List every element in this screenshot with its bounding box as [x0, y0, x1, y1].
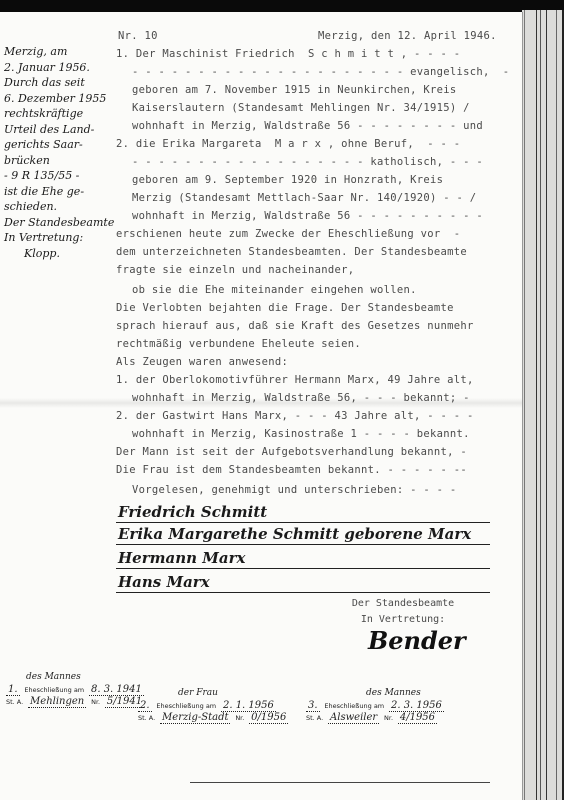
body-line: erschienen heute zum Zwecke der Eheschli… [116, 228, 460, 241]
footnote-nr-label: Nr. [91, 698, 100, 706]
body-line: Vorgelesen, genehmigt und unterschrieben… [132, 484, 456, 497]
signature-witness-1: Hermann Marx [118, 549, 245, 567]
margin-line: Urteil des Land- [4, 122, 109, 138]
body-line: dem unterzeichneten Standesbeamten. Der … [116, 246, 467, 259]
body-line: wohnhaft in Merzig, Waldstraße 56 - - - … [132, 120, 483, 133]
footnote-date: 8. 3. 1941 [89, 684, 144, 696]
body-line: - - - - - - - - - - - - - - - - - - - - … [132, 66, 509, 79]
body-line: fragte sie einzeln und nacheinander, [116, 264, 354, 277]
body-line: 1. der Oberlokomotivführer Hermann Marx,… [116, 374, 474, 387]
body-line: 2. der Gastwirt Hans Marx, - - - 43 Jahr… [116, 410, 474, 423]
margin-line: In Vertretung: [4, 230, 109, 246]
body-line: Merzig (Standesamt Mettlach-Saar Nr. 140… [132, 192, 476, 205]
footnote-office: Alsweiler [328, 712, 379, 724]
margin-line: rechtskräftige [4, 106, 109, 122]
footnote-nr: 0/1956 [249, 712, 288, 724]
footnote-prefix: St. A. [6, 698, 23, 706]
body-line: wohnhaft in Merzig, Waldstraße 56 - - - … [132, 210, 483, 223]
signature-line-witness-2: Hans Marx [116, 570, 490, 593]
body-line: geboren am 7. November 1915 in Neunkirch… [132, 84, 456, 97]
footnote-number: 3. [306, 700, 320, 712]
signature-line-witness-1: Hermann Marx [116, 546, 490, 569]
footnote-text: Eheschließung am [324, 702, 384, 710]
footnote-prefix: St. A. [306, 714, 323, 722]
body-line: wohnhaft in Merzig, Waldstraße 56, - - -… [132, 392, 470, 405]
footnote-1: des Mannes 1. Eheschließung am 8. 3. 194… [6, 684, 144, 708]
margin-line: 6. Dezember 1955 [4, 91, 109, 107]
signature-bride: Erika Margarethe Schmitt geborene Marx [118, 525, 471, 543]
margin-line: gerichts Saar- [4, 137, 109, 153]
footnote-3: des Mannes 3. Eheschließung am 2. 3. 195… [306, 700, 444, 724]
footnote-text: Eheschließung am [156, 702, 216, 710]
body-line: sprach hierauf aus, daß sie Kraft des Ge… [116, 320, 474, 333]
margin-line: 2. Januar 1956. [4, 60, 109, 76]
official-subtitle: In Vertretung: [338, 614, 468, 625]
signature-witness-2: Hans Marx [118, 573, 210, 591]
official-title: Der Standesbeamte [338, 598, 468, 609]
signature-groom: Friedrich Schmitt [118, 503, 267, 521]
body-line: Die Frau ist dem Standesbeamten bekannt.… [116, 464, 467, 477]
margin-line: Merzig, am [4, 44, 109, 60]
margin-line: Durch das seit [4, 75, 109, 91]
footnote-office: Merzig-Stadt [160, 712, 230, 724]
footnote-2: der Frau 2. Eheschließung am 2. 1. 1956 … [138, 700, 288, 724]
body-line: ob sie die Ehe miteinander eingehen woll… [132, 284, 417, 297]
body-line: Kaiserslautern (Standesamt Mehlingen Nr.… [132, 102, 470, 115]
footnote-number: 2. [138, 700, 152, 712]
footnote-nr: 4/1956 [398, 712, 437, 724]
body-line: Als Zeugen waren anwesend: [116, 356, 288, 369]
margin-line: schieden. [4, 199, 109, 215]
footnote-date: 2. 3. 1956 [389, 700, 444, 712]
footnote-prefix: St. A. [138, 714, 155, 722]
footnote-label: der Frau [178, 688, 218, 698]
official-signature: Bender [368, 626, 466, 655]
footnote-nr-label: Nr. [235, 714, 244, 722]
body-line: 2. die Erika Margareta M a r x , ohne Be… [116, 138, 460, 151]
margin-line: Klopp. [4, 246, 109, 262]
signature-line-bride: Erika Margarethe Schmitt geborene Marx [116, 522, 490, 545]
margin-line: Der Standesbeamte [4, 215, 109, 231]
footnote-date: 2. 1. 1956 [221, 700, 276, 712]
footnote-office: Mehlingen [28, 696, 86, 708]
margin-line: brücken [4, 153, 109, 169]
body-line: - - - - - - - - - - - - - - - - - - kath… [132, 156, 483, 169]
body-line: wohnhaft in Merzig, Kasinostraße 1 - - -… [132, 428, 470, 441]
margin-line: - 9 R 135/55 - [4, 168, 109, 184]
margin-annotation: Merzig, am 2. Januar 1956. Durch das sei… [4, 44, 109, 261]
footnote-number: 1. [6, 684, 20, 696]
body-line: Die Verlobten bejahten die Frage. Der St… [116, 302, 454, 315]
body-line: geboren am 9. September 1920 in Honzrath… [132, 174, 443, 187]
entry-number: Nr. 10 [118, 30, 158, 43]
page-bottom-rule [190, 782, 490, 783]
body-line: 1. Der Maschinist Friedrich S c h m i t … [116, 48, 460, 61]
footnote-text: Eheschließung am [24, 686, 84, 694]
footnote-nr-label: Nr. [384, 714, 393, 722]
place-date: Merzig, den 12. April 1946. [318, 30, 497, 43]
footnote-label: des Mannes [366, 688, 421, 698]
footnote-label: des Mannes [26, 672, 81, 682]
signature-line-groom: Friedrich Schmitt [116, 500, 490, 523]
body-line: rechtmäßig verbundene Eheleute seien. [116, 338, 361, 351]
body-line: Der Mann ist seit der Aufgebotsverhandlu… [116, 446, 467, 459]
margin-line: ist die Ehe ge- [4, 184, 109, 200]
page-stack-edge [522, 10, 564, 800]
